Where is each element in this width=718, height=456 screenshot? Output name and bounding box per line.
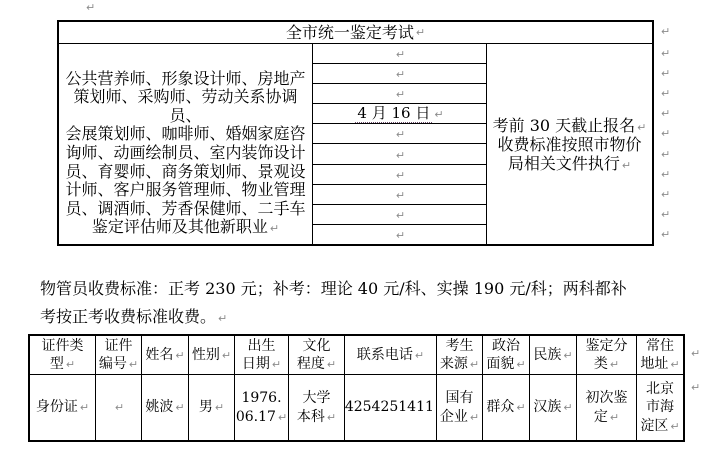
t2-cell-id-number: ↵ — [96, 375, 142, 440]
t2-header-name: 姓名↵ — [142, 336, 189, 375]
header-text: 姓名 — [145, 347, 173, 363]
schedule-row: ↵ — [313, 185, 486, 205]
paragraph-mark: ↵ — [215, 401, 224, 414]
deadline-note: 考前 30 天截止报名 — [493, 116, 636, 135]
t2-cell-assessment-type: 初次鉴 定↵ — [577, 375, 637, 440]
row-end-mark: ↵ — [661, 229, 670, 240]
paragraph-mark: ↵ — [396, 88, 405, 101]
cell-text: 14254251411 — [345, 399, 434, 415]
paragraph-mark: ↵ — [563, 349, 572, 362]
row-end-mark: ↵ — [661, 26, 670, 37]
paragraph-mark: ↵ — [416, 27, 425, 38]
row-end-mark: ↵ — [661, 108, 670, 119]
t2-header-ethnicity: 民族↵ — [530, 336, 577, 375]
header-text: 证件类 型 — [42, 338, 84, 373]
paragraph-mark: ↵ — [396, 68, 405, 81]
paragraph-mark: ↵ — [272, 358, 281, 371]
row-end-mark: ↵ — [691, 348, 700, 359]
cell-text: 大学 本科 — [297, 390, 331, 425]
exam-schedule-table: 全市统一鉴定考试↵ 公共营养师、形象设计师、房地产 策划师、采购师、劳动关系协调… — [57, 20, 654, 246]
paragraph-mark: ↵ — [175, 401, 184, 414]
schedule-row: ↵ — [313, 165, 486, 185]
t2-cell-id-type: 身份证↵ — [30, 375, 96, 440]
header-text: 出生 日期 — [242, 338, 276, 373]
row-end-mark: ↵ — [661, 149, 670, 160]
paragraph-mark: ↵ — [86, 2, 95, 13]
exam-table-title: 全市统一鉴定考试 — [286, 23, 414, 43]
paragraph-mark: ↵ — [670, 420, 679, 433]
table2-row-end-marks: ↵ ↵ — [689, 334, 703, 401]
paragraph-mark: ↵ — [129, 358, 138, 371]
registration-form-table: 证件类 型↵ 证件 编号↵ 姓名↵ 性别↵ 出生 日期↵ 文化 程度↵ 联系电话… — [28, 334, 685, 442]
paragraph-mark: ↵ — [396, 149, 405, 162]
row-end-mark: ↵ — [661, 209, 670, 220]
t2-header-phone: 联系电话↵ — [345, 336, 437, 375]
t2-cell-phone: 14254251411↵ — [345, 375, 437, 440]
exam-table-body: 公共营养师、形象设计师、房地产 策划师、采购师、劳动关系协调员、 会展策划师、咖… — [59, 44, 652, 244]
paragraph-mark: ↵ — [327, 411, 336, 424]
schedule-row: ↵ — [313, 205, 486, 225]
t2-cell-ethnicity: 汉族↵ — [530, 375, 577, 440]
paragraph-mark: ↵ — [396, 48, 405, 61]
row-end-mark: ↵ — [661, 48, 670, 59]
t2-header-id-number: 证件 编号↵ — [96, 336, 142, 375]
t2-cell-candidate-source: 国有 企业↵ — [437, 375, 483, 440]
paragraph-mark: ↵ — [415, 349, 424, 362]
t2-header-address: 常住 地址↵ — [637, 336, 683, 375]
t2-cell-address: 北京 市海 淀区↵ — [637, 375, 683, 440]
paragraph-mark: ↵ — [396, 169, 405, 182]
registration-notes-cell: 考前 30 天截止报名↵ 收费标准按照市物价 局相关文件执行↵ — [486, 44, 652, 244]
paragraph-mark: ↵ — [327, 358, 336, 371]
t2-cell-name: 姚波↵ — [142, 375, 189, 440]
document-page: { "marks": { "pilcrow": "↵" }, "table1":… — [0, 0, 718, 456]
cell-text: 群众 — [486, 399, 514, 415]
t2-header-education: 文化 程度↵ — [289, 336, 345, 375]
cell-text: 男 — [199, 399, 213, 415]
paragraph-mark: ↵ — [66, 358, 75, 371]
t2-header-assessment-type: 鉴定分 类↵ — [577, 336, 637, 375]
header-text: 鉴定分 类 — [586, 338, 628, 373]
t2-cell-political-status: 群众↵ — [483, 375, 530, 440]
t2-header-id-type: 证件类 型↵ — [30, 336, 96, 375]
header-text: 民族 — [533, 347, 561, 363]
professions-list: 公共营养师、形象设计师、房地产 策划师、采购师、劳动关系协调员、 会展策划师、咖… — [65, 69, 305, 237]
header-text: 常住 地址 — [640, 338, 674, 373]
row-end-mark: ↵ — [661, 128, 670, 139]
t2-cell-education: 大学 本科↵ — [289, 375, 345, 440]
cell-text: 汉族 — [533, 399, 561, 415]
cell-text: 姚波 — [145, 399, 173, 415]
cell-text: 1976. 06.17 — [236, 390, 282, 425]
paragraph-mark: ↵ — [115, 401, 124, 414]
schedule-row: ↵ — [313, 225, 486, 244]
header-text: 证件 编号 — [99, 338, 133, 373]
cell-text: 初次鉴 定 — [586, 390, 628, 425]
row-end-mark: ↵ — [661, 189, 670, 200]
paragraph-mark: ↵ — [670, 358, 679, 371]
fee-policy-note: 收费标准按照市物价 局相关文件执行 — [497, 135, 641, 173]
paragraph-mark: ↵ — [396, 229, 405, 242]
paragraph-mark: ↵ — [563, 401, 572, 414]
t2-header-birth-date: 出生 日期↵ — [235, 336, 289, 375]
row-end-mark: ↵ — [661, 68, 670, 79]
paragraph-mark: ↵ — [470, 411, 479, 424]
cell-text: 身份证 — [36, 399, 78, 415]
paragraph-mark: ↵ — [622, 159, 631, 172]
paragraph-mark: ↵ — [80, 401, 89, 414]
paragraph-mark: ↵ — [396, 128, 405, 141]
schedule-row: ↵ — [313, 44, 486, 64]
cell-text: 北京 市海 淀区 — [640, 381, 674, 434]
exam-table-title-cell: 全市统一鉴定考试↵ — [59, 22, 652, 44]
paragraph-mark: ↵ — [270, 222, 279, 235]
paragraph-mark: ↵ — [637, 121, 646, 134]
cell-text: 国有 企业 — [440, 390, 474, 425]
paragraph-mark: ↵ — [610, 358, 619, 371]
paragraph-mark: ↵ — [222, 349, 231, 362]
t2-cell-gender: 男↵ — [189, 375, 235, 440]
exam-date: 4 月 16 日 — [355, 104, 432, 123]
paragraph-mark: ↵ — [434, 108, 443, 121]
schedule-row: ↵ — [313, 84, 486, 104]
paragraph-mark: ↵ — [470, 358, 479, 371]
schedule-row: ↵ — [313, 124, 486, 144]
professions-cell: 公共营养师、形象设计师、房地产 策划师、采购师、劳动关系协调员、 会展策划师、咖… — [59, 44, 313, 244]
paragraph-mark: ↵ — [396, 209, 405, 222]
t2-cell-birth-date: 1976. 06.17↵ — [235, 375, 289, 440]
schedule-row: ↵ — [313, 144, 486, 164]
header-text: 政治 面貌 — [486, 338, 520, 373]
header-text: 文化 程度 — [297, 338, 331, 373]
t2-header-candidate-source: 考生 来源↵ — [437, 336, 483, 375]
header-text: 考生 来源 — [440, 338, 474, 373]
paragraph-mark: ↵ — [278, 411, 287, 424]
header-text: 性别 — [192, 347, 220, 363]
paragraph-mark: ↵ — [516, 358, 525, 371]
t2-header-political-status: 政治 面貌↵ — [483, 336, 530, 375]
row-end-mark: ↵ — [691, 382, 700, 393]
paragraph-mark: ↵ — [396, 189, 405, 202]
paragraph-mark: ↵ — [610, 411, 619, 424]
schedule-row: 4 月 16 日↵ — [313, 104, 486, 124]
paragraph-mark: ↵ — [516, 401, 525, 414]
schedule-row: ↵ — [313, 64, 486, 84]
t2-header-gender: 性别↵ — [189, 336, 235, 375]
header-text: 联系电话 — [357, 347, 413, 363]
paragraph-mark: ↵ — [175, 349, 184, 362]
table1-row-end-marks: ↵ ↵ ↵ ↵ ↵ ↵ ↵ ↵ ↵ ↵ ↵ — [659, 20, 673, 245]
row-end-mark: ↵ — [661, 88, 670, 99]
row-end-mark: ↵ — [661, 169, 670, 180]
exam-date-column: ↵ ↵ ↵ 4 月 16 日↵ ↵ ↵ ↵ ↵ ↵ ↵ — [313, 44, 486, 244]
